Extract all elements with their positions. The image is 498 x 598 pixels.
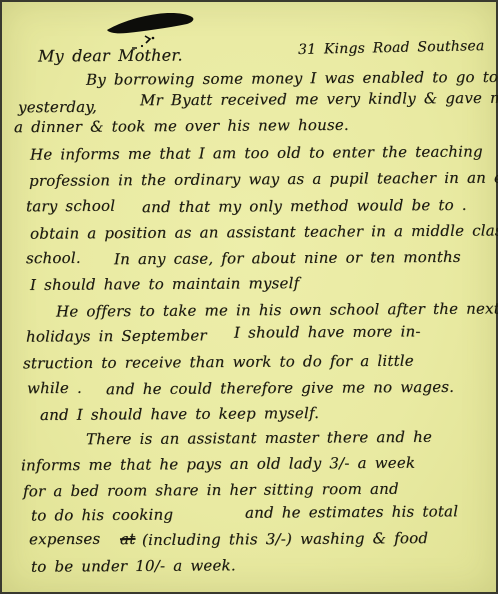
letter-line: yesterday,	[18, 98, 97, 117]
letter-line: By borrowing some money I was enabled to…	[86, 67, 498, 88]
photo-frame: 31 Kings Road Southsea My dear Mother. B…	[0, 0, 498, 594]
letter-line: for a bed room share in her sitting room…	[23, 480, 399, 501]
letter-line: holidays in September	[26, 326, 207, 345]
letter-line: I should have to maintain myself	[30, 274, 299, 294]
letter-line: There is an assistant master there and h…	[86, 428, 432, 448]
letter-line: He offers to take me in his own school a…	[56, 299, 498, 320]
letter-line: obtain a position as an assistant teache…	[30, 221, 498, 242]
letter-line: and he estimates his total	[245, 502, 458, 521]
letter-line: He informs me that I am too old to enter…	[30, 142, 483, 163]
strikethrough-word: at	[120, 530, 136, 549]
letter-paper: 31 Kings Road Southsea My dear Mother. B…	[2, 2, 496, 592]
salutation-line: My dear Mother.	[38, 45, 183, 65]
letter-line: while .	[27, 379, 82, 397]
letter-line: to do his cooking	[31, 506, 173, 525]
letter-line: I should have more in-	[234, 322, 421, 341]
letter-line: and that my only method would be to .	[142, 196, 467, 216]
letter-line: Mr Byatt received me very kindly & gave …	[140, 89, 498, 110]
letter-line: struction to receive than work to do for…	[23, 352, 414, 373]
letter-line: informs me that he pays an old lady 3/- …	[21, 454, 415, 475]
letter-line: school.	[26, 249, 81, 267]
letter-line: to be under 10/- a week.	[31, 556, 236, 575]
letter-line: and I should have to keep myself.	[40, 404, 319, 424]
address-line: 31 Kings Road Southsea	[298, 38, 485, 58]
letter-line: tary school	[26, 197, 115, 216]
letter-line: expenses	[29, 530, 100, 548]
letter-line: a dinner & took me over his new house.	[14, 116, 349, 136]
letter-line: profession in the ordinary way as a pupi…	[29, 168, 498, 190]
letter-line: (including this 3/-) washing & food	[142, 529, 428, 549]
letter-line: and he could therefore give me no wages.	[106, 378, 454, 398]
letter-line: In any case, for about nine or ten month…	[114, 248, 461, 268]
